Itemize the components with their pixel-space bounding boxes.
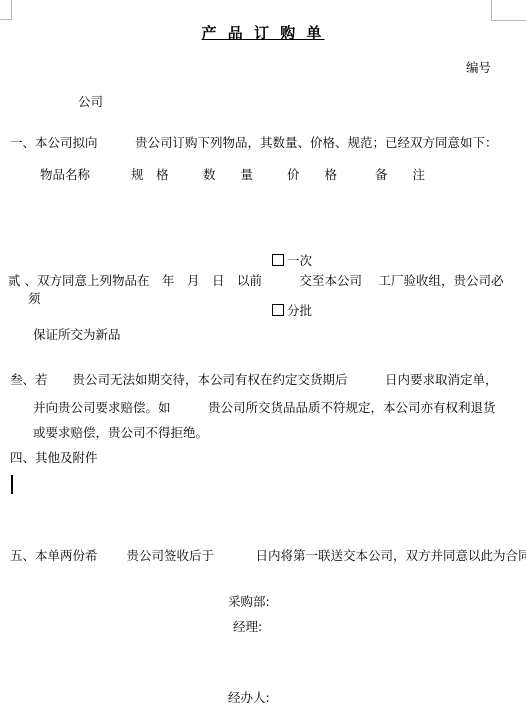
checkbox-batch-icon[interactable]	[272, 304, 284, 316]
clause-4-text: 四、其他及附件	[10, 451, 98, 465]
clause-3-text-line1: 叁、若 贵公司无法如期交待，本公司有权在约定交货期后 日内要求取消定单，	[10, 373, 498, 387]
serial-number-label: 编号	[466, 61, 491, 75]
signature-manager-label: 经理:	[233, 620, 262, 634]
margin-mark-topright-horizontal	[491, 20, 526, 21]
text-cursor	[11, 475, 13, 494]
column-header-remarks: 备 注	[375, 168, 425, 182]
signature-handler-label: 经办人:	[228, 691, 270, 705]
delivery-option-once: 一次	[272, 254, 312, 268]
margin-mark-topleft-horizontal	[0, 19, 12, 20]
margin-mark-topright-vertical	[491, 0, 492, 21]
delivery-option-batch: 分批	[272, 304, 312, 318]
clause-1-text: 一、本公司拟向 贵公司订购下列物品，其数量、价格、规范；已经双方同意如下：	[10, 136, 498, 150]
clause-3-text-line3: 或要求赔偿，贵公司不得拒绝。	[33, 426, 208, 440]
clause-3-text-line2: 并向贵公司要求赔偿。如 贵公司所交货品品质不符规定，本公司亦有权利退货	[33, 401, 496, 415]
signature-purchasing-dept-label: 采购部:	[228, 595, 270, 609]
margin-mark-topleft-vertical	[11, 0, 12, 20]
page-title: 产 品 订 购 单	[0, 22, 526, 43]
column-header-quantity: 数 量	[203, 168, 253, 182]
column-header-item-name: 物品名称	[40, 168, 90, 182]
document-page[interactable]: 产 品 订 购 单 编号 公司 一、本公司拟向 贵公司订购下列物品，其数量、价格…	[0, 0, 526, 724]
checkbox-once-label: 一次	[287, 253, 312, 268]
column-header-price: 价 格	[287, 168, 337, 182]
clause-2-text-line2: 须	[28, 292, 41, 306]
clause-5-text: 五、本单两份希 贵公司签收后于 日内将第一联送交本公司，双方并同意以此为合同。	[10, 549, 526, 563]
clause-2-text-line1: 贰 、双方同意上列物品在 年 月 日 以前 交至本公司 工厂验收组，贵公司必	[8, 274, 503, 288]
checkbox-once-icon[interactable]	[272, 254, 284, 266]
company-label: 公司	[78, 95, 103, 109]
checkbox-batch-label: 分批	[287, 303, 312, 318]
clause-2-guarantee-text: 保证所交为新品	[33, 328, 121, 342]
column-header-spec: 规 格	[131, 168, 169, 182]
